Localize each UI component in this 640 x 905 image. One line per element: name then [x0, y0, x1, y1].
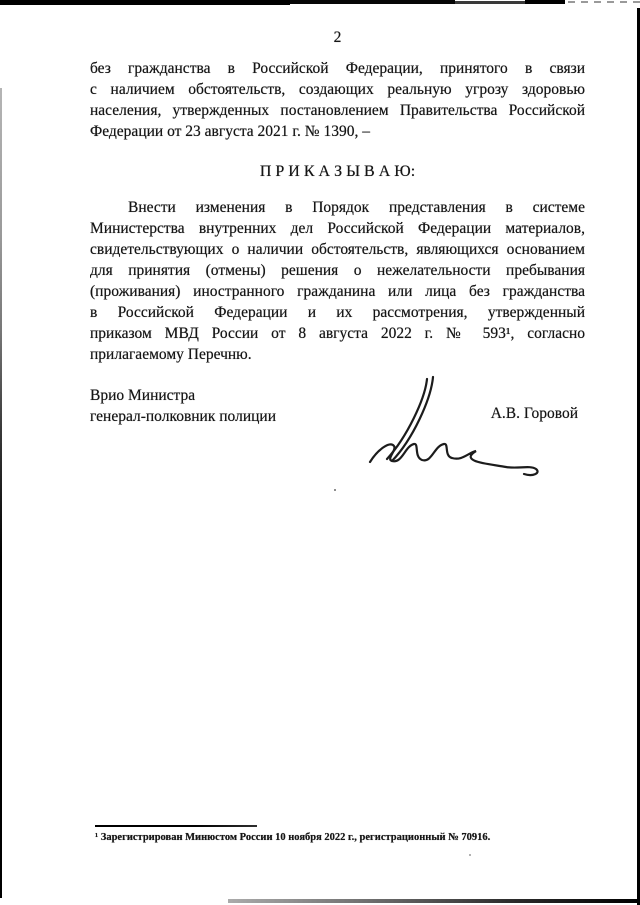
page-number: 2	[90, 30, 585, 46]
paragraph-preamble: без гражданства в Российской Федерации, …	[90, 58, 585, 142]
scan-edge-top	[525, 0, 565, 4]
paragraph-line: прилагаемому Перечню.	[90, 344, 585, 365]
paragraph-line: (проживания) иностранного гражданина или…	[90, 281, 585, 302]
scanned-document-page: 2 без гражданства в Российской Федерации…	[0, 0, 640, 905]
paragraph-line: свидетельствующих о наличии обстоятельст…	[90, 239, 585, 260]
scan-edge-top	[568, 1, 640, 3]
paragraph-line: для принятия (отмены) решения о нежелате…	[90, 260, 585, 281]
scan-edge-bottom	[228, 899, 640, 903]
paragraph-line: в Российской Федерации и их рассмотрения…	[90, 302, 585, 323]
scan-speck	[469, 854, 471, 856]
paragraph-line: Федерации от 23 августа 2021 г. № 1390, …	[90, 121, 585, 142]
paragraph-line: приказом МВД России от 8 августа 2022 г.…	[90, 323, 585, 344]
paragraph-line: населения, утвержденных постановлением П…	[90, 100, 585, 121]
paragraph-line: с наличием обстоятельств, создающих реал…	[90, 79, 585, 100]
order-heading: П Р И К А З Ы В А Ю:	[90, 163, 585, 181]
scan-edge-top	[0, 0, 290, 5]
footnote-separator	[95, 825, 257, 827]
handwritten-signature-scribble	[350, 363, 560, 488]
paragraph-line: Министерства внутренних дел Российской Ф…	[90, 218, 585, 239]
paragraph-line: Внести изменения в Порядок представления…	[90, 197, 585, 218]
scan-edge-left	[0, 88, 2, 898]
scan-edge-top	[290, 0, 455, 4]
footnote-text: ¹ Зарегистрирован Минюстом России 10 ноя…	[95, 831, 575, 845]
paragraph-order-body: Внести изменения в Порядок представления…	[90, 197, 585, 365]
paragraph-line: без гражданства в Российской Федерации, …	[90, 58, 585, 79]
scan-edge-top	[455, 1, 525, 4]
scan-speck	[334, 489, 336, 491]
